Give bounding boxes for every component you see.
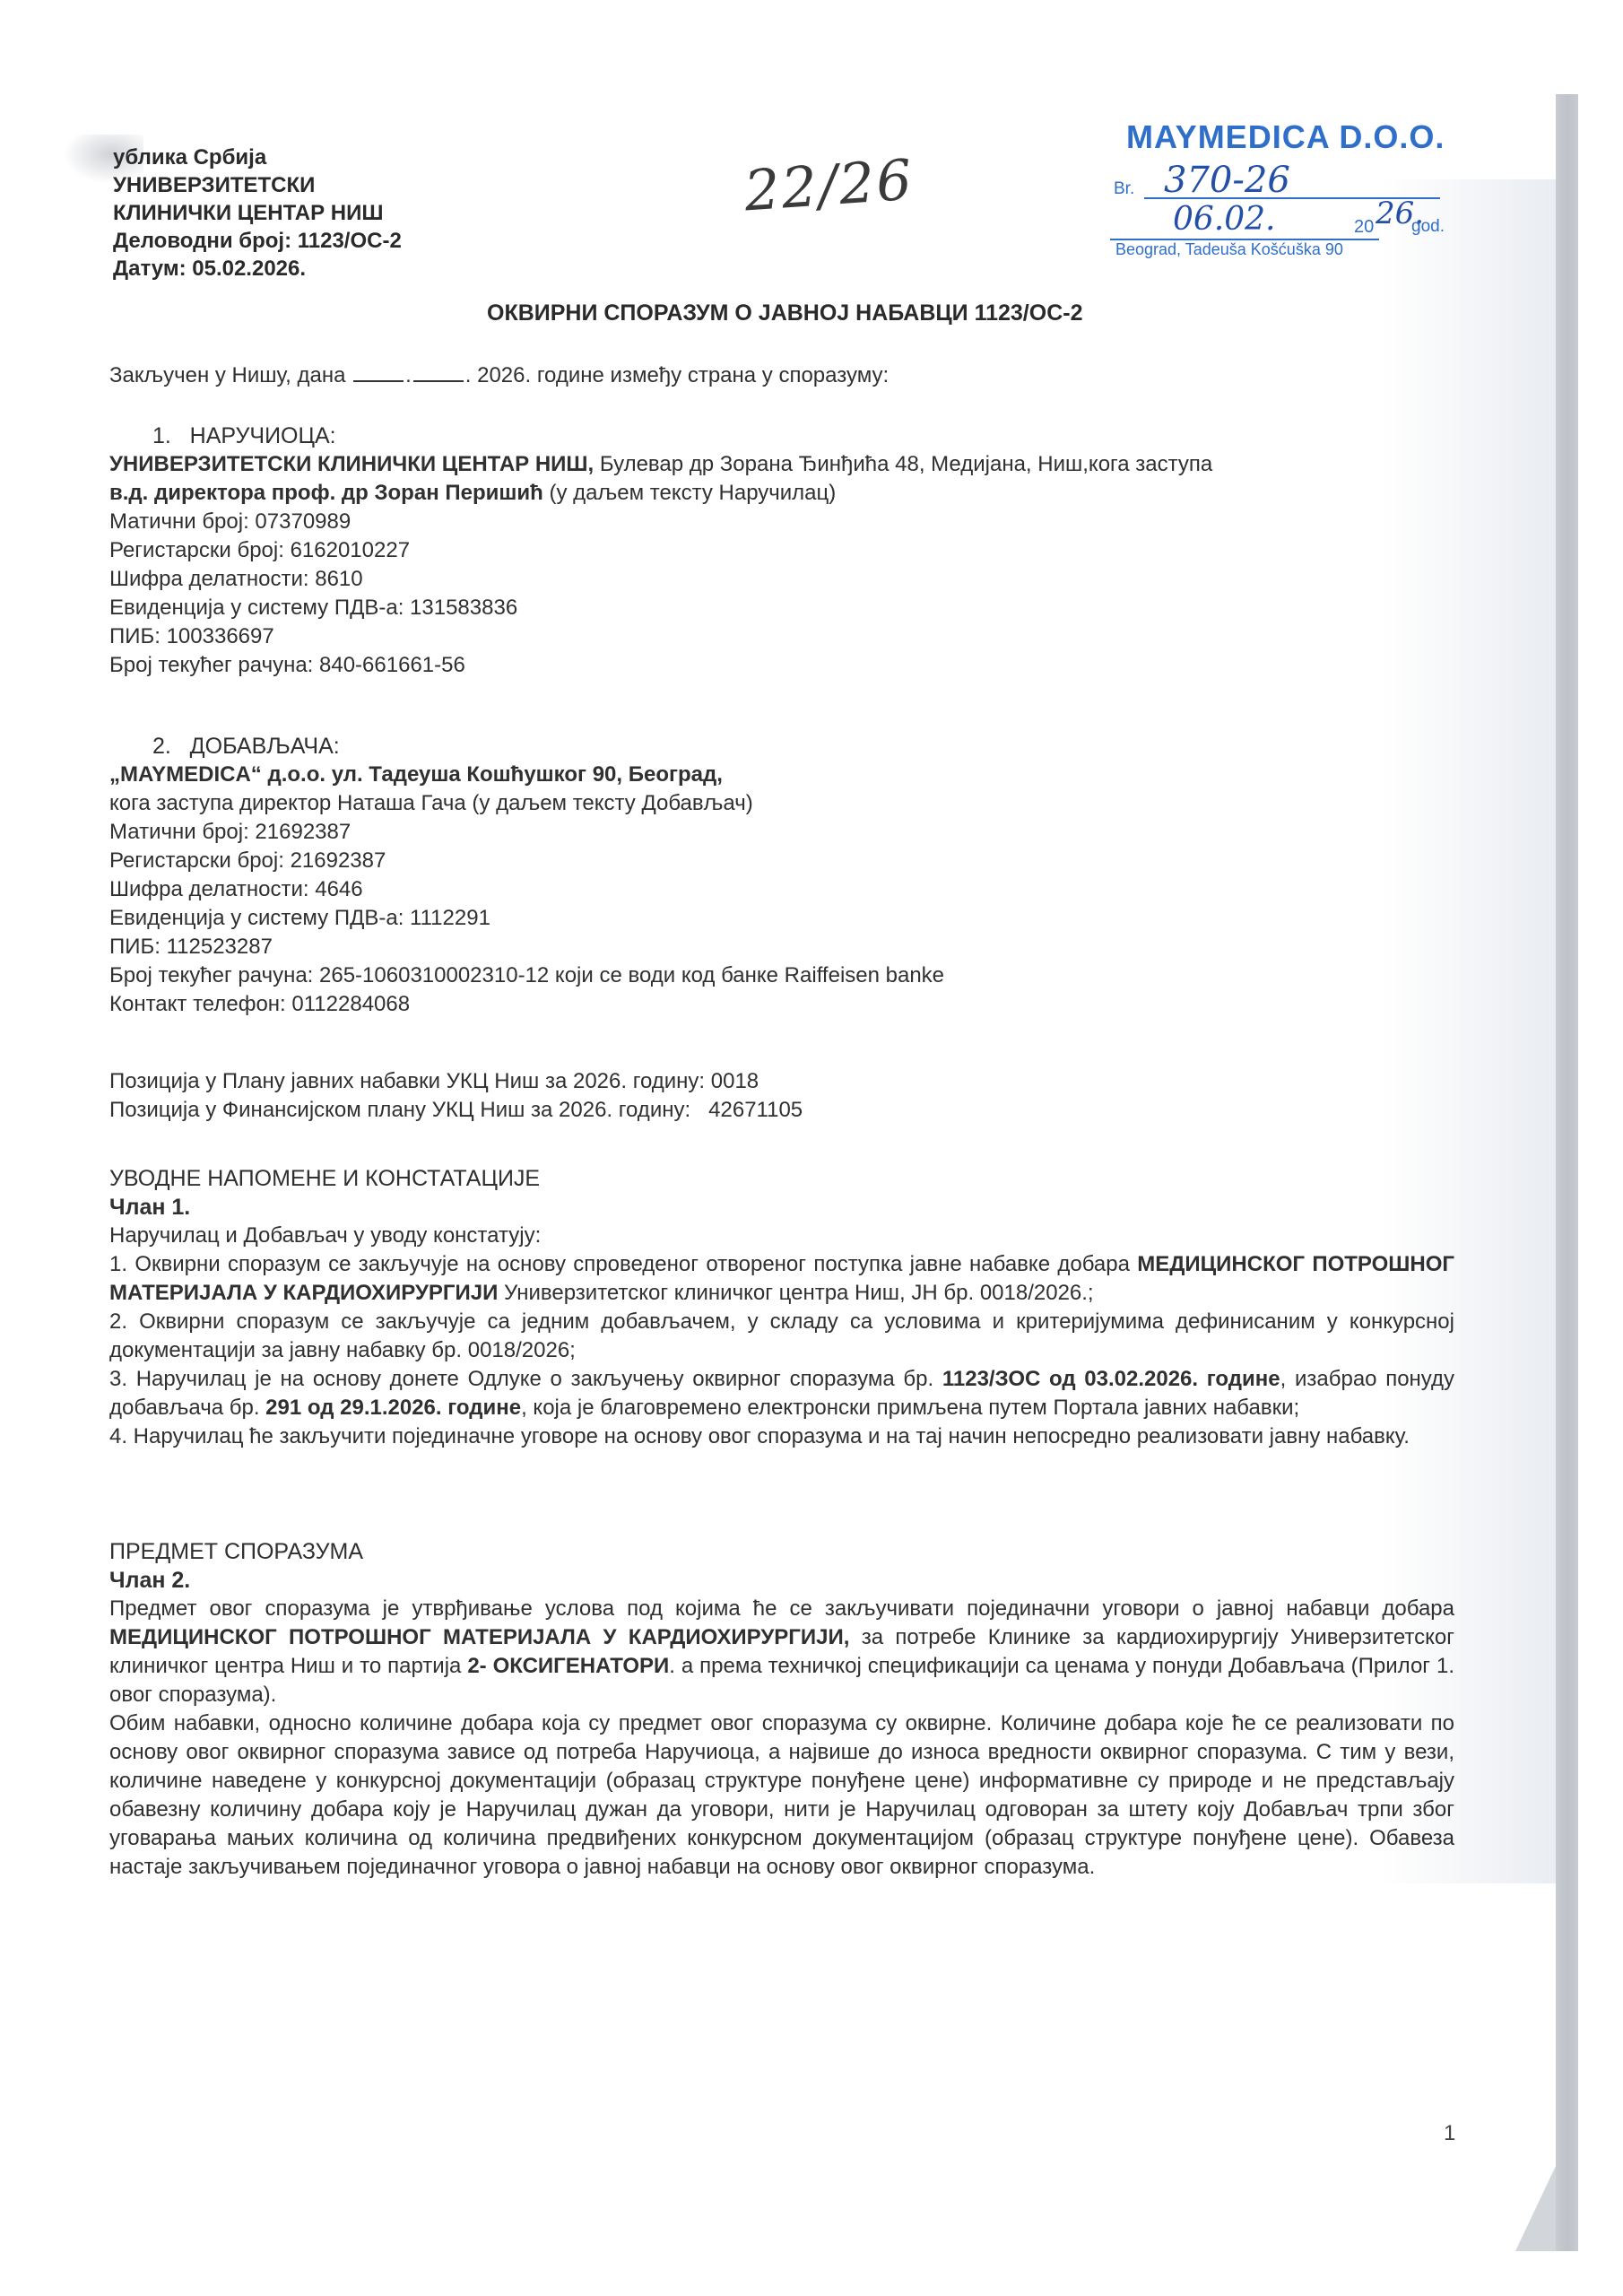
p1-subject-bold: МЕДИЦИНСКОГ ПОТРОШНОГ МАТЕРИЈАЛА У КАРДИ… [109,1625,849,1649]
header-reference-number: Деловодни број: 1123/ОС-2 [113,227,402,255]
article2-paragraph2: Обим набавки, односно количине добара ко… [109,1709,1454,1882]
handwritten-registry-number: 22/26 [742,147,916,224]
article1-item3: 3. Наручилац је на основу донете Одлуке … [109,1365,1454,1422]
party1-activity-code: Шифра делатности: 8610 [109,565,1212,594]
party1-vat-record: Евиденција у систему ПДВ-а: 131583836 [109,594,1212,622]
section2-title: ПРЕДМЕТ СПОРАЗУМА [109,1537,1454,1566]
party1-representative-line: в.д. директора проф. др Зоран Перишић (у… [109,479,1212,508]
p1-text: Предмет овог споразума је утврђивање усл… [109,1596,1454,1621]
receipt-stamp: MAYMEDICA D.O.O. Br. 370-26 06.02. 20 26… [1101,118,1451,259]
stamp-year-prefix: 20 [1354,217,1374,238]
stamp-god-label: god. [1411,217,1445,237]
party-contracting-authority: 1. НАРУЧИОЦА: УНИВЕРЗИТЕТСКИ КЛИНИЧКИ ЦЕ… [109,422,1212,680]
party1-address: Булевар др Зорана Ђинђића 48, Медијана, … [594,452,1212,476]
party1-representative: в.д. директора проф. др Зоран Перишић [109,481,543,505]
party2-registration-number: Матични број: 21692387 [109,818,944,847]
section-subject-of-agreement: ПРЕДМЕТ СПОРАЗУМА Члан 2. Предмет овог с… [109,1537,1454,1882]
party2-heading: 2. ДОБАВЉАЧА: [152,732,944,761]
party1-name: УНИВЕРЗИТЕТСКИ КЛИНИЧКИ ЦЕНТАР НИШ, [109,452,594,476]
party2-representative: кога заступа директор Наташа Гача (у даљ… [109,789,944,818]
party1-heading: 1. НАРУЧИОЦА: [152,422,1212,450]
party1-tax-id: ПИБ: 100336697 [109,622,1212,651]
party2-name: „MAYMEDICA“ д.о.о. ул. Тадеуша Кошћушког… [109,761,944,789]
stamp-date: 06.02. [1173,201,1276,238]
month-blank [413,364,464,382]
financial-plan-position: Позиција у Финансијском плану УКЦ Ниш за… [109,1096,803,1125]
article1-item1: 1. Оквирни споразум се закључује на осно… [109,1250,1454,1308]
blank-separator: . [405,363,412,387]
document-page: ублика Србија УНИВЕРЗИТЕТСКИ КЛИНИЧКИ ЦЕ… [0,0,1623,2296]
party2-bank-account: Број текућег рачуна: 265-1060310002310-1… [109,961,944,990]
concluded-prefix: Закључен у Нишу, дана [109,363,345,387]
item3-decision-ref: 1123/ЗОС од 03.02.2026. године [942,1367,1280,1391]
item1-text: 1. Оквирни споразум се закључује на осно… [109,1252,1137,1276]
header-institution-line2: КЛИНИЧКИ ЦЕНТАР НИШ [113,199,402,227]
concluded-suffix: . 2026. године између страна у споразуму… [465,363,889,387]
page-number: 1 [1444,2121,1455,2146]
header-institution-line1: УНИВЕРЗИТЕТСКИ [113,171,402,199]
section1-title: УВОДНЕ НАПОМЕНЕ И КОНСТАТАЦИЈЕ [109,1164,1454,1193]
section-introductory-notes: УВОДНЕ НАПОМЕНЕ И КОНСТАТАЦИЈЕ Члан 1. Н… [109,1164,1454,1451]
stamp-address: Beograd, Tadeuša Košćuška 90 [1101,240,1451,259]
page-corner-fold [1515,2166,1556,2251]
stamp-br-label: Br. [1114,179,1134,199]
party1-name-line: УНИВЕРЗИТЕТСКИ КЛИНИЧКИ ЦЕНТАР НИШ, Буле… [109,450,1212,479]
issuer-header: ублика Србија УНИВЕРЗИТЕТСКИ КЛИНИЧКИ ЦЕ… [113,143,402,283]
p1-lot-bold: 2- ОКСИГЕНАТОРИ [467,1654,669,1678]
party1-bank-account: Број текућег рачуна: 840-661661-56 [109,651,1212,680]
stamp-underline [1110,239,1379,240]
stamp-company: MAYMEDICA D.O.O. [1101,118,1451,156]
party1-register-number: Регистарски број: 6162010227 [109,536,1212,565]
header-date: Датум: 05.02.2026. [113,255,402,283]
party2-tax-id: ПИБ: 112523287 [109,933,944,961]
article2-paragraph1: Предмет овог споразума је утврђивање усл… [109,1595,1454,1709]
party-supplier: 2. ДОБАВЉАЧА: „MAYMEDICA“ д.о.о. ул. Тад… [109,732,944,1019]
scan-edge-strip [1556,94,1578,2251]
day-blank [353,364,404,382]
stamp-number: 370-26 [1164,160,1290,201]
party2-register-number: Регистарски број: 21692387 [109,847,944,875]
party2-phone: Контакт телефон: 0112284068 [109,990,944,1019]
party1-rep-suffix: (у даљем тексту Наручилац) [543,481,836,505]
article-2-title: Члан 2. [109,1566,1454,1595]
article1-item4: 4. Наручилац ће закључити појединачне уг… [109,1422,1454,1451]
concluded-line: Закључен у Нишу, дана .. 2026. године из… [109,361,889,390]
party1-registration-number: Матични број: 07370989 [109,508,1212,536]
procurement-plan-position: Позиција у Плану јавних набавки УКЦ Ниш … [109,1067,803,1096]
item3-offer-ref: 291 од 29.1.2026. године [265,1396,521,1420]
item3-text: 3. Наручилац је на основу донете Одлуке … [109,1367,942,1391]
article-1-title: Члан 1. [109,1193,1454,1222]
item1-text-end: Универзитетског клиничког центра Ниш, ЈН… [498,1281,1093,1305]
document-title: ОКВИРНИ СПОРАЗУМ О ЈАВНОЈ НАБАВЦИ 1123/О… [487,300,1082,326]
header-country: ублика Србија [113,143,402,171]
plan-positions: Позиција у Плану јавних набавки УКЦ Ниш … [109,1067,803,1125]
article1-item2: 2. Оквирни споразум се закључује са једн… [109,1308,1454,1365]
party2-activity-code: Шифра делатности: 4646 [109,875,944,904]
item3-text-end: , која је благовремено електронски примљ… [521,1396,1299,1420]
party2-vat-record: Евиденција у систему ПДВ-а: 1112291 [109,904,944,933]
section1-intro: Наручилац и Добављач у уводу констатују: [109,1222,1454,1250]
